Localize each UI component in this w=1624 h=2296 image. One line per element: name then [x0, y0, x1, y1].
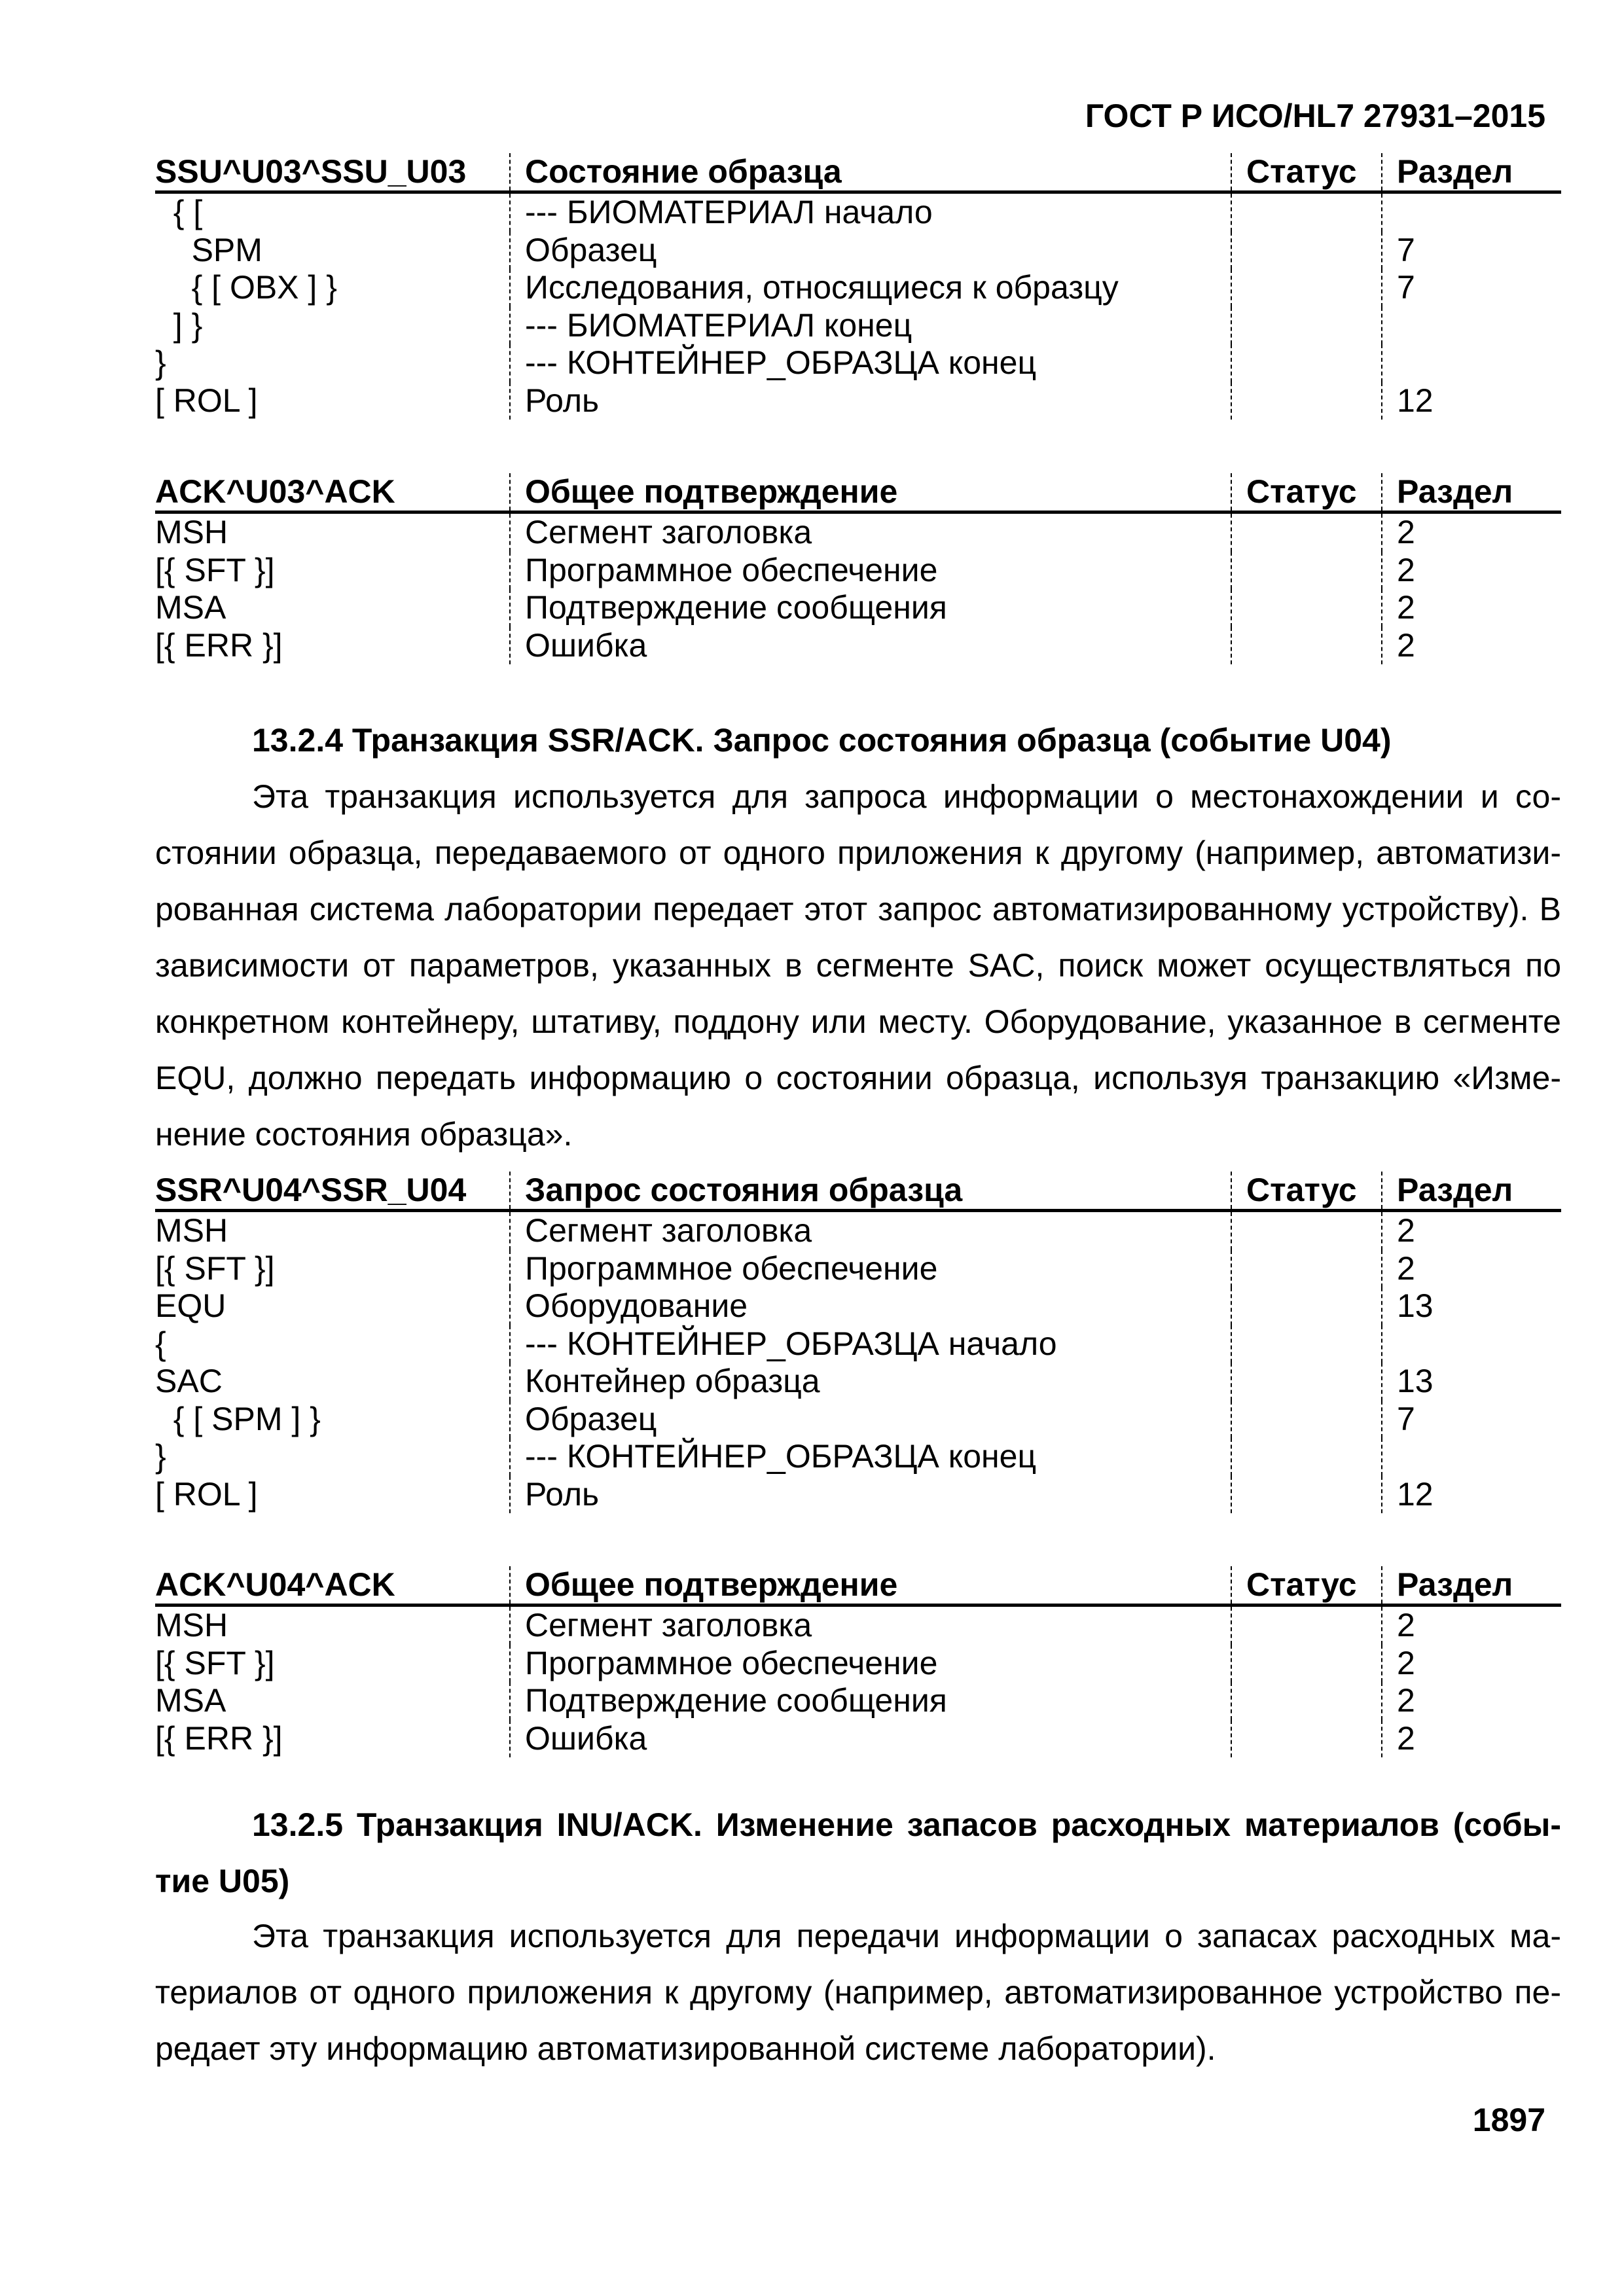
cell-segment: SPM — [155, 232, 509, 270]
table-row: }--- КОНТЕЙНЕР_ОБРАЗЦА конец — [155, 344, 1561, 382]
header-section: Раздел — [1381, 1172, 1561, 1209]
table-row: { [ SPM ] }Образец7 — [155, 1401, 1561, 1439]
cell-description: --- БИОМАТЕРИАЛ начало — [509, 194, 1231, 232]
table-header-row: ACK^U04^ACKОбщее подтверждениеСтатусРазд… — [155, 1566, 1561, 1607]
header-segment: ACK^U04^ACK — [155, 1566, 509, 1604]
section-paragraph-13-2-5: Эта транзакция используется для передачи… — [155, 1908, 1561, 2077]
cell-status — [1231, 589, 1381, 627]
section-heading-13-2-5: 13.2.5 Транзакция INU/ACK. Изменение зап… — [155, 1797, 1561, 1909]
cell-description: --- БИОМАТЕРИАЛ конец — [509, 307, 1231, 345]
table-row: [{ SFT }]Программное обеспечение2 — [155, 552, 1561, 590]
table-ack-u03: ACK^U03^ACKОбщее подтверждениеСтатусРазд… — [155, 473, 1561, 664]
cell-description: Ошибка — [509, 1720, 1231, 1758]
table-ssu-u03: SSU^U03^SSU_U03Состояние образцаСтатусРа… — [155, 153, 1561, 420]
table-row: MSAПодтверждение сообщения2 — [155, 1682, 1561, 1720]
cell-section — [1381, 1325, 1561, 1363]
header-status: Статус — [1231, 1566, 1381, 1604]
header-description: Состояние образца — [509, 153, 1231, 190]
header-status: Статус — [1231, 1172, 1381, 1209]
table-row: SACКонтейнер образца13 — [155, 1363, 1561, 1401]
header-section: Раздел — [1381, 1566, 1561, 1604]
cell-description: Образец — [509, 1401, 1231, 1439]
cell-section — [1381, 194, 1561, 232]
cell-section: 2 — [1381, 1720, 1561, 1758]
cell-segment: MSA — [155, 589, 509, 627]
cell-section: 12 — [1381, 382, 1561, 420]
table-row: MSAПодтверждение сообщения2 — [155, 589, 1561, 627]
cell-segment: MSA — [155, 1682, 509, 1720]
document-standard-header: ГОСТ Р ИСО/HL7 27931–2015 — [1085, 97, 1545, 135]
cell-section: 7 — [1381, 232, 1561, 270]
cell-status — [1231, 514, 1381, 552]
cell-description: Контейнер образца — [509, 1363, 1231, 1401]
cell-status — [1231, 1287, 1381, 1325]
cell-section: 2 — [1381, 1607, 1561, 1645]
cell-status — [1231, 232, 1381, 270]
cell-section: 2 — [1381, 1250, 1561, 1288]
cell-status — [1231, 552, 1381, 590]
table-header-row: ACK^U03^ACKОбщее подтверждениеСтатусРазд… — [155, 473, 1561, 514]
cell-section: 2 — [1381, 1645, 1561, 1683]
cell-section: 2 — [1381, 1682, 1561, 1720]
cell-segment: SAC — [155, 1363, 509, 1401]
cell-segment: } — [155, 1438, 509, 1476]
table-row: [{ SFT }]Программное обеспечение2 — [155, 1250, 1561, 1288]
table-row: [ ROL ]Роль12 — [155, 1476, 1561, 1514]
cell-segment: [{ SFT }] — [155, 552, 509, 590]
cell-description: Сегмент заголовка — [509, 1607, 1231, 1645]
cell-description: --- КОНТЕЙНЕР_ОБРАЗЦА начало — [509, 1325, 1231, 1363]
cell-section: 7 — [1381, 269, 1561, 307]
cell-status — [1231, 1212, 1381, 1250]
cell-description: Роль — [509, 1476, 1231, 1514]
cell-segment: MSH — [155, 514, 509, 552]
table-header-row: SSU^U03^SSU_U03Состояние образцаСтатусРа… — [155, 153, 1561, 194]
header-description: Общее подтверждение — [509, 1566, 1231, 1604]
cell-segment: [{ SFT }] — [155, 1645, 509, 1683]
table-row: { [--- БИОМАТЕРИАЛ начало — [155, 194, 1561, 232]
cell-status — [1231, 1438, 1381, 1476]
header-description: Запрос состояния образца — [509, 1172, 1231, 1209]
table-row: SPMОбразец7 — [155, 232, 1561, 270]
cell-segment: { [ SPM ] } — [155, 1401, 509, 1439]
cell-section — [1381, 344, 1561, 382]
cell-segment: [{ SFT }] — [155, 1250, 509, 1288]
cell-section: 2 — [1381, 552, 1561, 590]
header-segment: ACK^U03^ACK — [155, 473, 509, 511]
table-ack-u04: ACK^U04^ACKОбщее подтверждениеСтатусРазд… — [155, 1566, 1561, 1757]
cell-section: 2 — [1381, 514, 1561, 552]
cell-status — [1231, 194, 1381, 232]
cell-description: Подтверждение сообщения — [509, 1682, 1231, 1720]
cell-segment: MSH — [155, 1212, 509, 1250]
cell-status — [1231, 382, 1381, 420]
cell-segment: [ ROL ] — [155, 1476, 509, 1514]
cell-description: Подтверждение сообщения — [509, 589, 1231, 627]
cell-section: 2 — [1381, 589, 1561, 627]
table-row: [{ ERR }]Ошибка2 — [155, 1720, 1561, 1758]
section-paragraph-13-2-4: Эта транзакция используется для запроса … — [155, 768, 1561, 1162]
cell-status — [1231, 1363, 1381, 1401]
cell-description: Программное обеспечение — [509, 552, 1231, 590]
table-row: {--- КОНТЕЙНЕР_ОБРАЗЦА начало — [155, 1325, 1561, 1363]
cell-status — [1231, 1325, 1381, 1363]
cell-segment: [{ ERR }] — [155, 1720, 509, 1758]
cell-description: Оборудование — [509, 1287, 1231, 1325]
cell-segment: [{ ERR }] — [155, 627, 509, 665]
table-row: EQUОборудование13 — [155, 1287, 1561, 1325]
cell-section: 13 — [1381, 1287, 1561, 1325]
cell-status — [1231, 1682, 1381, 1720]
section-heading-13-2-4: 13.2.4 Транзакция SSR/ACK. Запрос состоя… — [155, 712, 1561, 768]
header-description: Общее подтверждение — [509, 473, 1231, 511]
header-status: Статус — [1231, 473, 1381, 511]
cell-section: 12 — [1381, 1476, 1561, 1514]
cell-description: Исследования, относящиеся к образцу — [509, 269, 1231, 307]
table-row: ] }--- БИОМАТЕРИАЛ конец — [155, 307, 1561, 345]
table-header-row: SSR^U04^SSR_U04Запрос состояния образцаС… — [155, 1172, 1561, 1212]
cell-segment: } — [155, 344, 509, 382]
cell-section — [1381, 307, 1561, 345]
header-section: Раздел — [1381, 153, 1561, 190]
cell-status — [1231, 1476, 1381, 1514]
header-segment: SSU^U03^SSU_U03 — [155, 153, 509, 190]
table-row: }--- КОНТЕЙНЕР_ОБРАЗЦА конец — [155, 1438, 1561, 1476]
cell-description: Ошибка — [509, 627, 1231, 665]
header-status: Статус — [1231, 153, 1381, 190]
cell-segment: { [ OBX ] } — [155, 269, 509, 307]
cell-description: Образец — [509, 232, 1231, 270]
cell-section: 2 — [1381, 627, 1561, 665]
cell-status — [1231, 627, 1381, 665]
cell-status — [1231, 1250, 1381, 1288]
cell-segment: { [ — [155, 194, 509, 232]
table-row: MSHСегмент заголовка2 — [155, 1607, 1561, 1645]
cell-description: Программное обеспечение — [509, 1645, 1231, 1683]
table-row: MSHСегмент заголовка2 — [155, 1212, 1561, 1250]
cell-status — [1231, 1401, 1381, 1439]
cell-description: Роль — [509, 382, 1231, 420]
cell-status — [1231, 269, 1381, 307]
cell-description: Программное обеспечение — [509, 1250, 1231, 1288]
cell-status — [1231, 1720, 1381, 1758]
cell-status — [1231, 307, 1381, 345]
cell-section: 2 — [1381, 1212, 1561, 1250]
table-row: { [ OBX ] }Исследования, относящиеся к о… — [155, 269, 1561, 307]
header-section: Раздел — [1381, 473, 1561, 511]
table-row: [ ROL ]Роль12 — [155, 382, 1561, 420]
header-segment: SSR^U04^SSR_U04 — [155, 1172, 509, 1209]
cell-section: 13 — [1381, 1363, 1561, 1401]
table-row: [{ ERR }]Ошибка2 — [155, 627, 1561, 665]
cell-description: --- КОНТЕЙНЕР_ОБРАЗЦА конец — [509, 344, 1231, 382]
table-ssr-u04: SSR^U04^SSR_U04Запрос состояния образцаС… — [155, 1172, 1561, 1513]
cell-section — [1381, 1438, 1561, 1476]
cell-status — [1231, 1607, 1381, 1645]
cell-segment: ] } — [155, 307, 509, 345]
cell-segment: EQU — [155, 1287, 509, 1325]
cell-segment: MSH — [155, 1607, 509, 1645]
table-row: [{ SFT }]Программное обеспечение2 — [155, 1645, 1561, 1683]
table-row: MSHСегмент заголовка2 — [155, 514, 1561, 552]
cell-description: --- КОНТЕЙНЕР_ОБРАЗЦА конец — [509, 1438, 1231, 1476]
cell-status — [1231, 1645, 1381, 1683]
cell-section: 7 — [1381, 1401, 1561, 1439]
cell-description: Сегмент заголовка — [509, 1212, 1231, 1250]
cell-segment: { — [155, 1325, 509, 1363]
cell-status — [1231, 344, 1381, 382]
cell-segment: [ ROL ] — [155, 382, 509, 420]
page-number: 1897 — [1473, 2101, 1545, 2139]
cell-description: Сегмент заголовка — [509, 514, 1231, 552]
